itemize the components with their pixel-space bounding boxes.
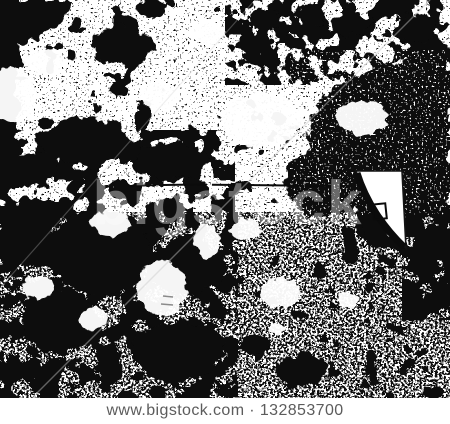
watermark-bar: www.bigstock.com · 132853700 xyxy=(0,398,450,424)
grunge-texture-image: bigstock xyxy=(0,0,450,400)
stock-photo: bigstock www.bigstock.com · 132853700 xyxy=(0,0,450,424)
watermark-bottom-text: www.bigstock.com · 132853700 xyxy=(106,402,343,420)
center-watermark-text: bigstock xyxy=(93,169,364,238)
right-edge-dark-column xyxy=(402,205,450,320)
grunge-texture-svg: bigstock xyxy=(0,0,450,400)
